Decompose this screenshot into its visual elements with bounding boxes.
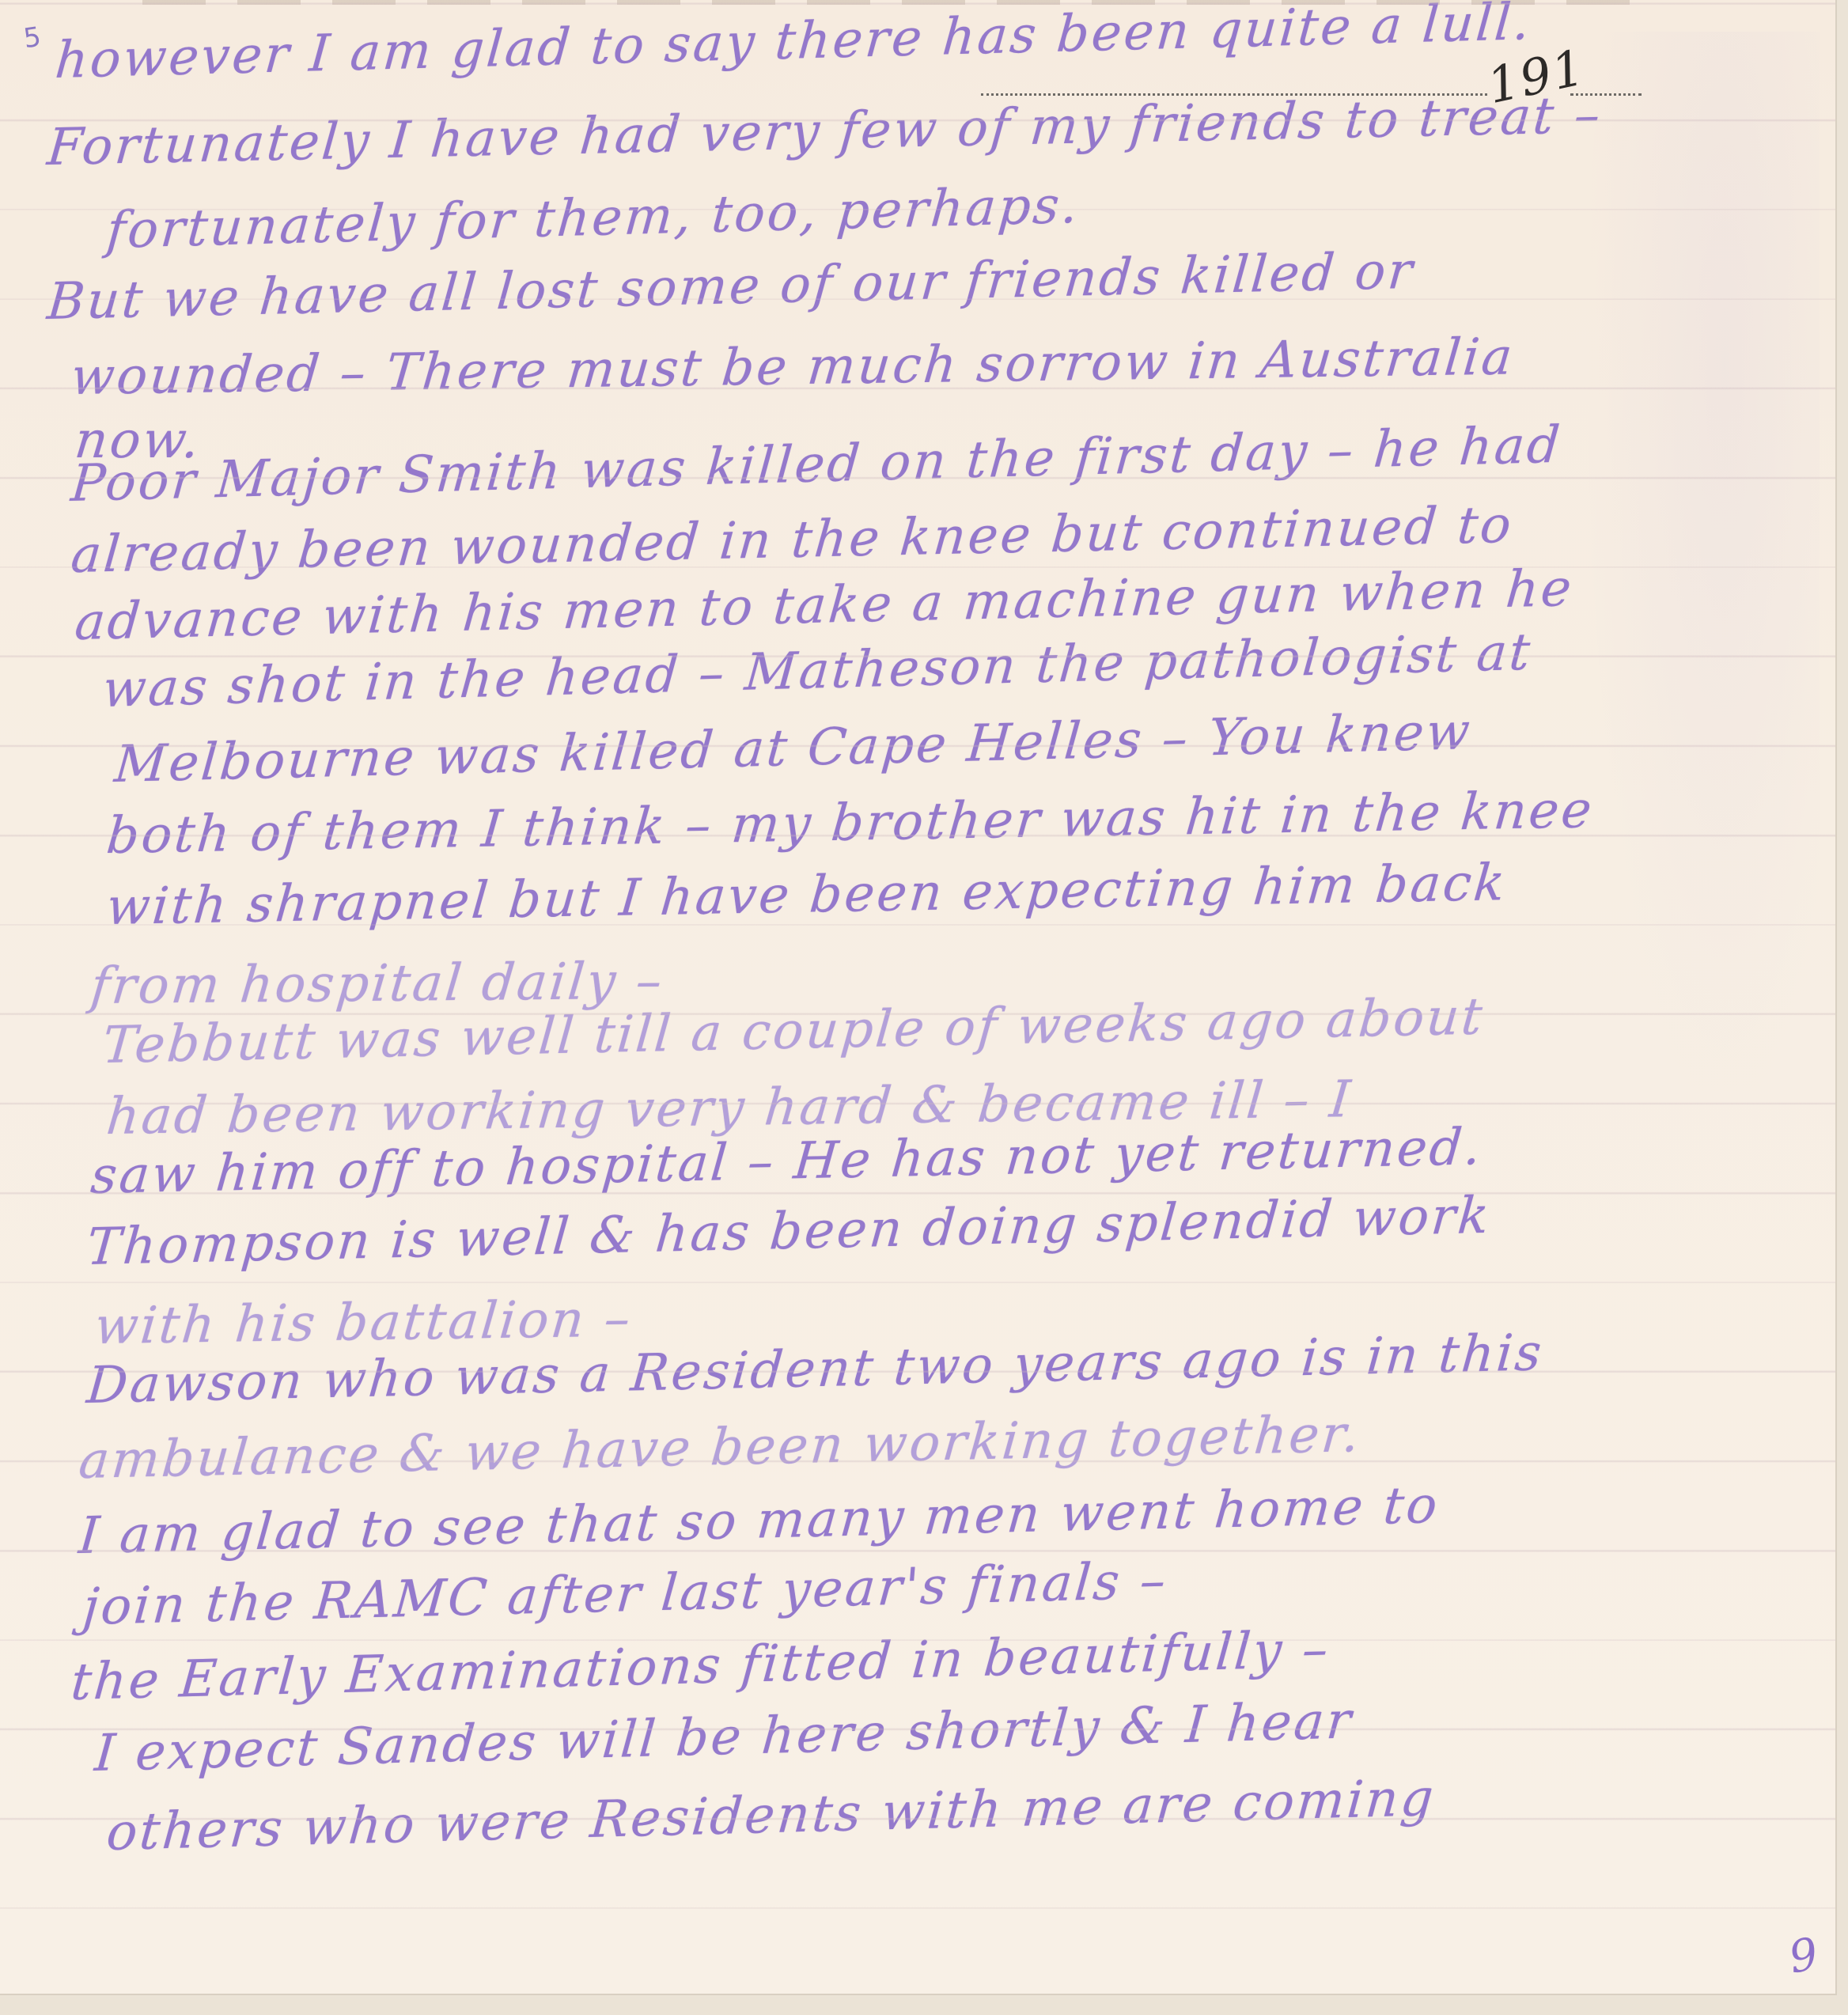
handwritten-line: wounded – There must be much sorrow in A… xyxy=(69,328,1517,407)
handwritten-line: Fortunately I have had very few of my fr… xyxy=(45,86,1604,177)
handwritten-line: others who were Residents with me are co… xyxy=(104,1769,1437,1862)
handwritten-line: Melbourne was killed at Cape Helles – Yo… xyxy=(112,703,1475,794)
handwritten-line: with shrapnel but I have been expecting … xyxy=(104,854,1509,937)
handwritten-line: both of them I think – my brother was hi… xyxy=(104,781,1596,865)
handwritten-line: however I am glad to say there has been … xyxy=(53,0,1534,90)
handwritten-line: I am glad to see that so many men went h… xyxy=(77,1476,1441,1566)
corner-page-mark: 9 xyxy=(1786,1928,1822,1983)
handwritten-line: ambulance & we have been working togethe… xyxy=(77,1405,1364,1490)
ink-bleed-through xyxy=(1582,32,1820,1139)
letter-page: 5 191 however I am glad to say there has… xyxy=(0,0,1837,1995)
handwritten-line: fortunately for them, too, perhaps. xyxy=(104,176,1082,260)
page-marker: 5 xyxy=(21,21,43,55)
handwritten-line: join the RAMC after last year's finals – xyxy=(81,1551,1170,1637)
